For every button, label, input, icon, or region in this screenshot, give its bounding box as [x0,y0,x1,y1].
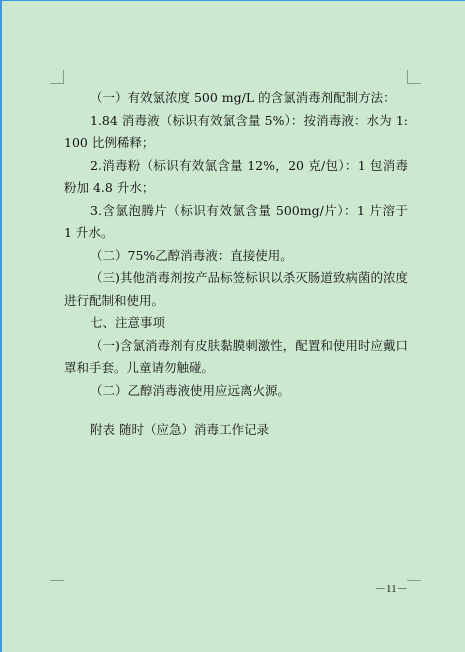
paragraph-effervescent-tablet: 3.含氯泡腾片（标识有效氯含量 500mg/片）：1 片溶于 1 升水。 [64,200,408,245]
crop-mark-top-right [407,70,421,84]
document-page: （一）有效氯浓度 500 mg/L 的含氯消毒剂配制方法： 1.84 消毒液（标… [0,0,465,652]
blank-line [64,402,408,419]
crop-mark-bottom-right [407,580,421,581]
paragraph-ethanol: （二）75%乙醇消毒液：直接使用。 [64,245,408,268]
paragraph-ethanol-precaution: （二）乙醇消毒液使用应远离火源。 [64,380,408,403]
page-number: －11－ [375,580,408,596]
crop-mark-top-left [50,70,64,84]
paragraph-chlorine-precaution: （一)含氯消毒剂有皮肤黏膜刺激性，配置和使用时应戴口罩和手套。儿童请勿触碰。 [64,335,408,380]
paragraph-disinfectant-powder: 2.消毒粉（标识有效氯含量 12%，20 克/包）：1 包消毒粉加 4.8 升水… [64,155,408,200]
crop-mark-bottom-left [50,580,64,581]
paragraph-other-disinfectants: （三)其他消毒剂按产品标签标识以杀灭肠道致病菌的浓度进行配制和使用。 [64,267,408,312]
appendix-title: 附表 随时（应急）消毒工作记录 [64,419,408,442]
section-heading-precautions: 七、注意事项 [64,312,408,335]
paragraph-chlorine-method-heading: （一）有效氯浓度 500 mg/L 的含氯消毒剂配制方法： [64,87,408,110]
paragraph-84-solution: 1.84 消毒液（标识有效氯含量 5%）：按消毒液：水为 1:100 比例稀释； [64,110,408,155]
document-body[interactable]: （一）有效氯浓度 500 mg/L 的含氯消毒剂配制方法： 1.84 消毒液（标… [64,87,408,442]
